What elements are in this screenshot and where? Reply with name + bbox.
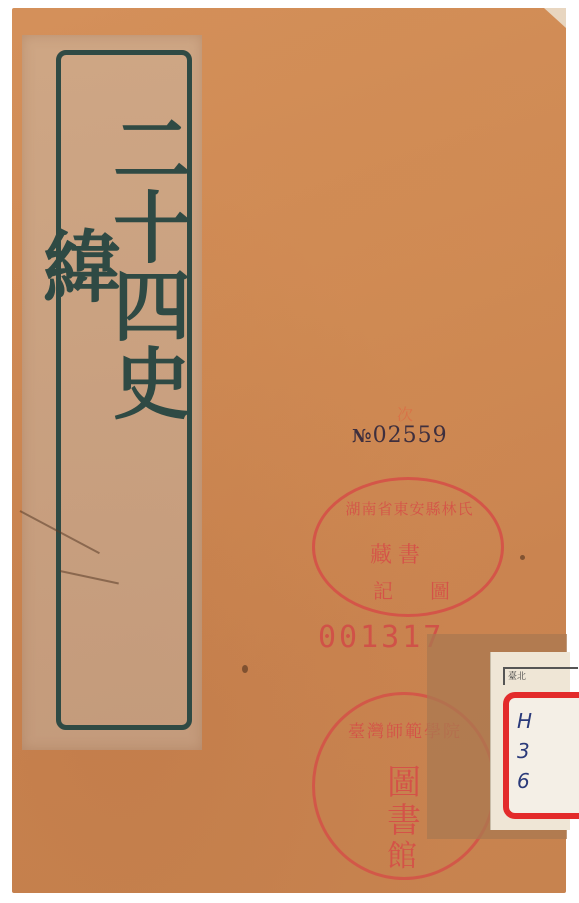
accession-number: 001317: [318, 620, 444, 655]
call-number-line: H: [517, 706, 532, 736]
round-seal-char: 館: [387, 831, 417, 875]
oval-seal-bottom-right: 圖: [430, 575, 450, 604]
serial-value: 02559: [373, 423, 448, 448]
call-number: H 3 6: [517, 706, 532, 796]
call-number-line: 3: [517, 736, 532, 766]
serial-number: №02559: [352, 423, 448, 448]
book-title: 二十四史緯: [70, 75, 180, 455]
oval-seal-arc-text: 湖南省東安縣林氏: [337, 498, 482, 519]
collection-seal-oval: 湖南省東安縣林氏 藏書 記 圖: [312, 477, 504, 617]
label-red-frame: H 3 6: [503, 692, 579, 819]
label-header: 臺北: [503, 667, 578, 685]
paper-spot: [520, 555, 525, 560]
call-number-line: 6: [517, 766, 532, 796]
oval-seal-middle-text: 藏書: [370, 538, 426, 569]
paper-spot: [242, 665, 248, 673]
call-number-label: 臺北 H 3 6: [490, 652, 570, 830]
worn-corner: [544, 8, 566, 28]
serial-prefix: №: [352, 426, 373, 447]
faint-red-mark: 次: [397, 402, 413, 425]
oval-seal-bottom-left: 記: [373, 575, 393, 604]
